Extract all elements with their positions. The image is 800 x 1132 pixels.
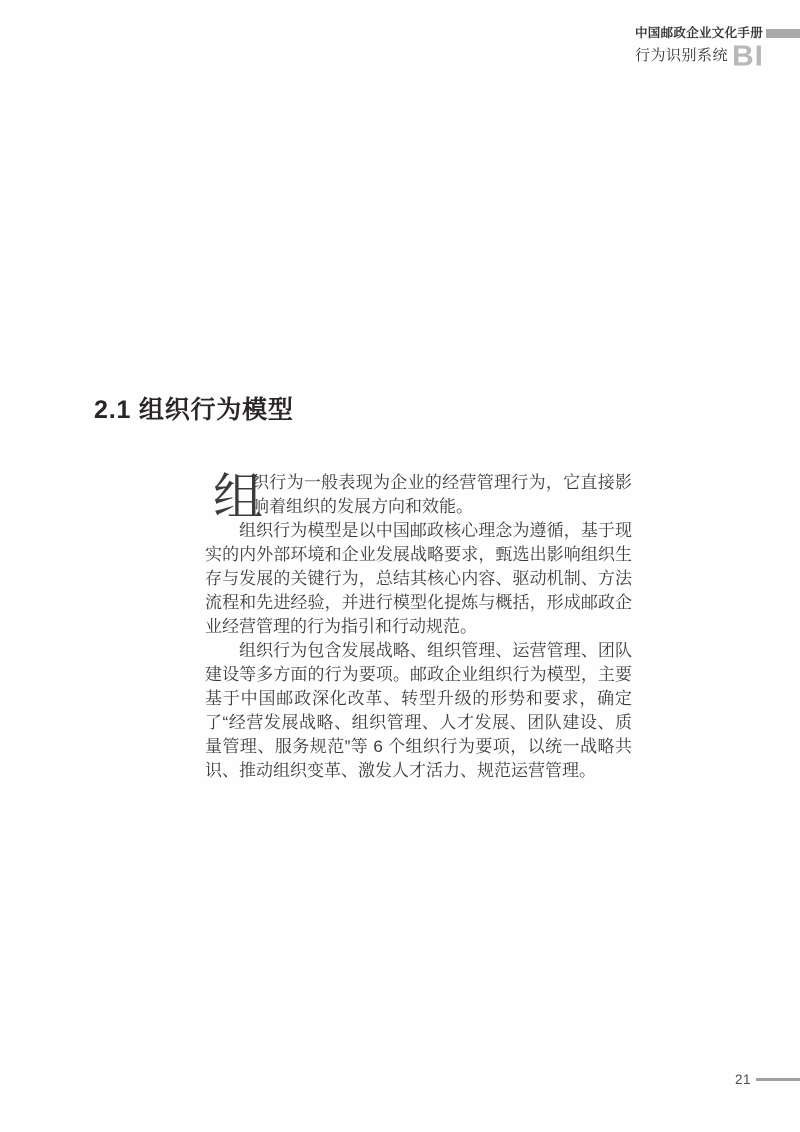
drop-cap: 组 xyxy=(205,471,252,519)
page-footer: 21 xyxy=(650,1070,800,1088)
header-book-title: 中国邮政企业文化手册 xyxy=(635,27,763,40)
footer-rule xyxy=(756,1078,800,1081)
bi-logo: BI xyxy=(732,46,764,68)
paragraph-2: 组织行为模型是以中国邮政核心理念为遵循，基于现实的内外部环境和企业发展战略要求，… xyxy=(205,519,632,639)
paragraph-1: 组织行为一般表现为企业的经营管理行为，它直接影响着组织的发展方向和效能。 xyxy=(205,471,632,519)
section-heading: 2.1 组织行为模型 xyxy=(94,394,294,426)
header-line-2: 行为识别系统 BI xyxy=(635,45,800,68)
paragraph-3: 组织行为包含发展战略、组织管理、运营管理、团队建设等多方面的行为要项。邮政企业组… xyxy=(205,639,632,783)
paragraph-1-text: 织行为一般表现为企业的经营管理行为，它直接影响着组织的发展方向和效能。 xyxy=(252,473,632,516)
page-header: 中国邮政企业文化手册 行为识别系统 BI xyxy=(635,27,800,68)
header-system-name: 行为识别系统 xyxy=(635,45,728,64)
page-number: 21 xyxy=(735,1072,751,1087)
body-text: 组织行为一般表现为企业的经营管理行为，它直接影响着组织的发展方向和效能。 组织行… xyxy=(205,471,632,783)
header-line-1: 中国邮政企业文化手册 xyxy=(635,27,800,40)
header-rule-bar xyxy=(766,29,800,38)
document-page: 中国邮政企业文化手册 行为识别系统 BI 2.1 组织行为模型 组织行为一般表现… xyxy=(0,0,800,1132)
